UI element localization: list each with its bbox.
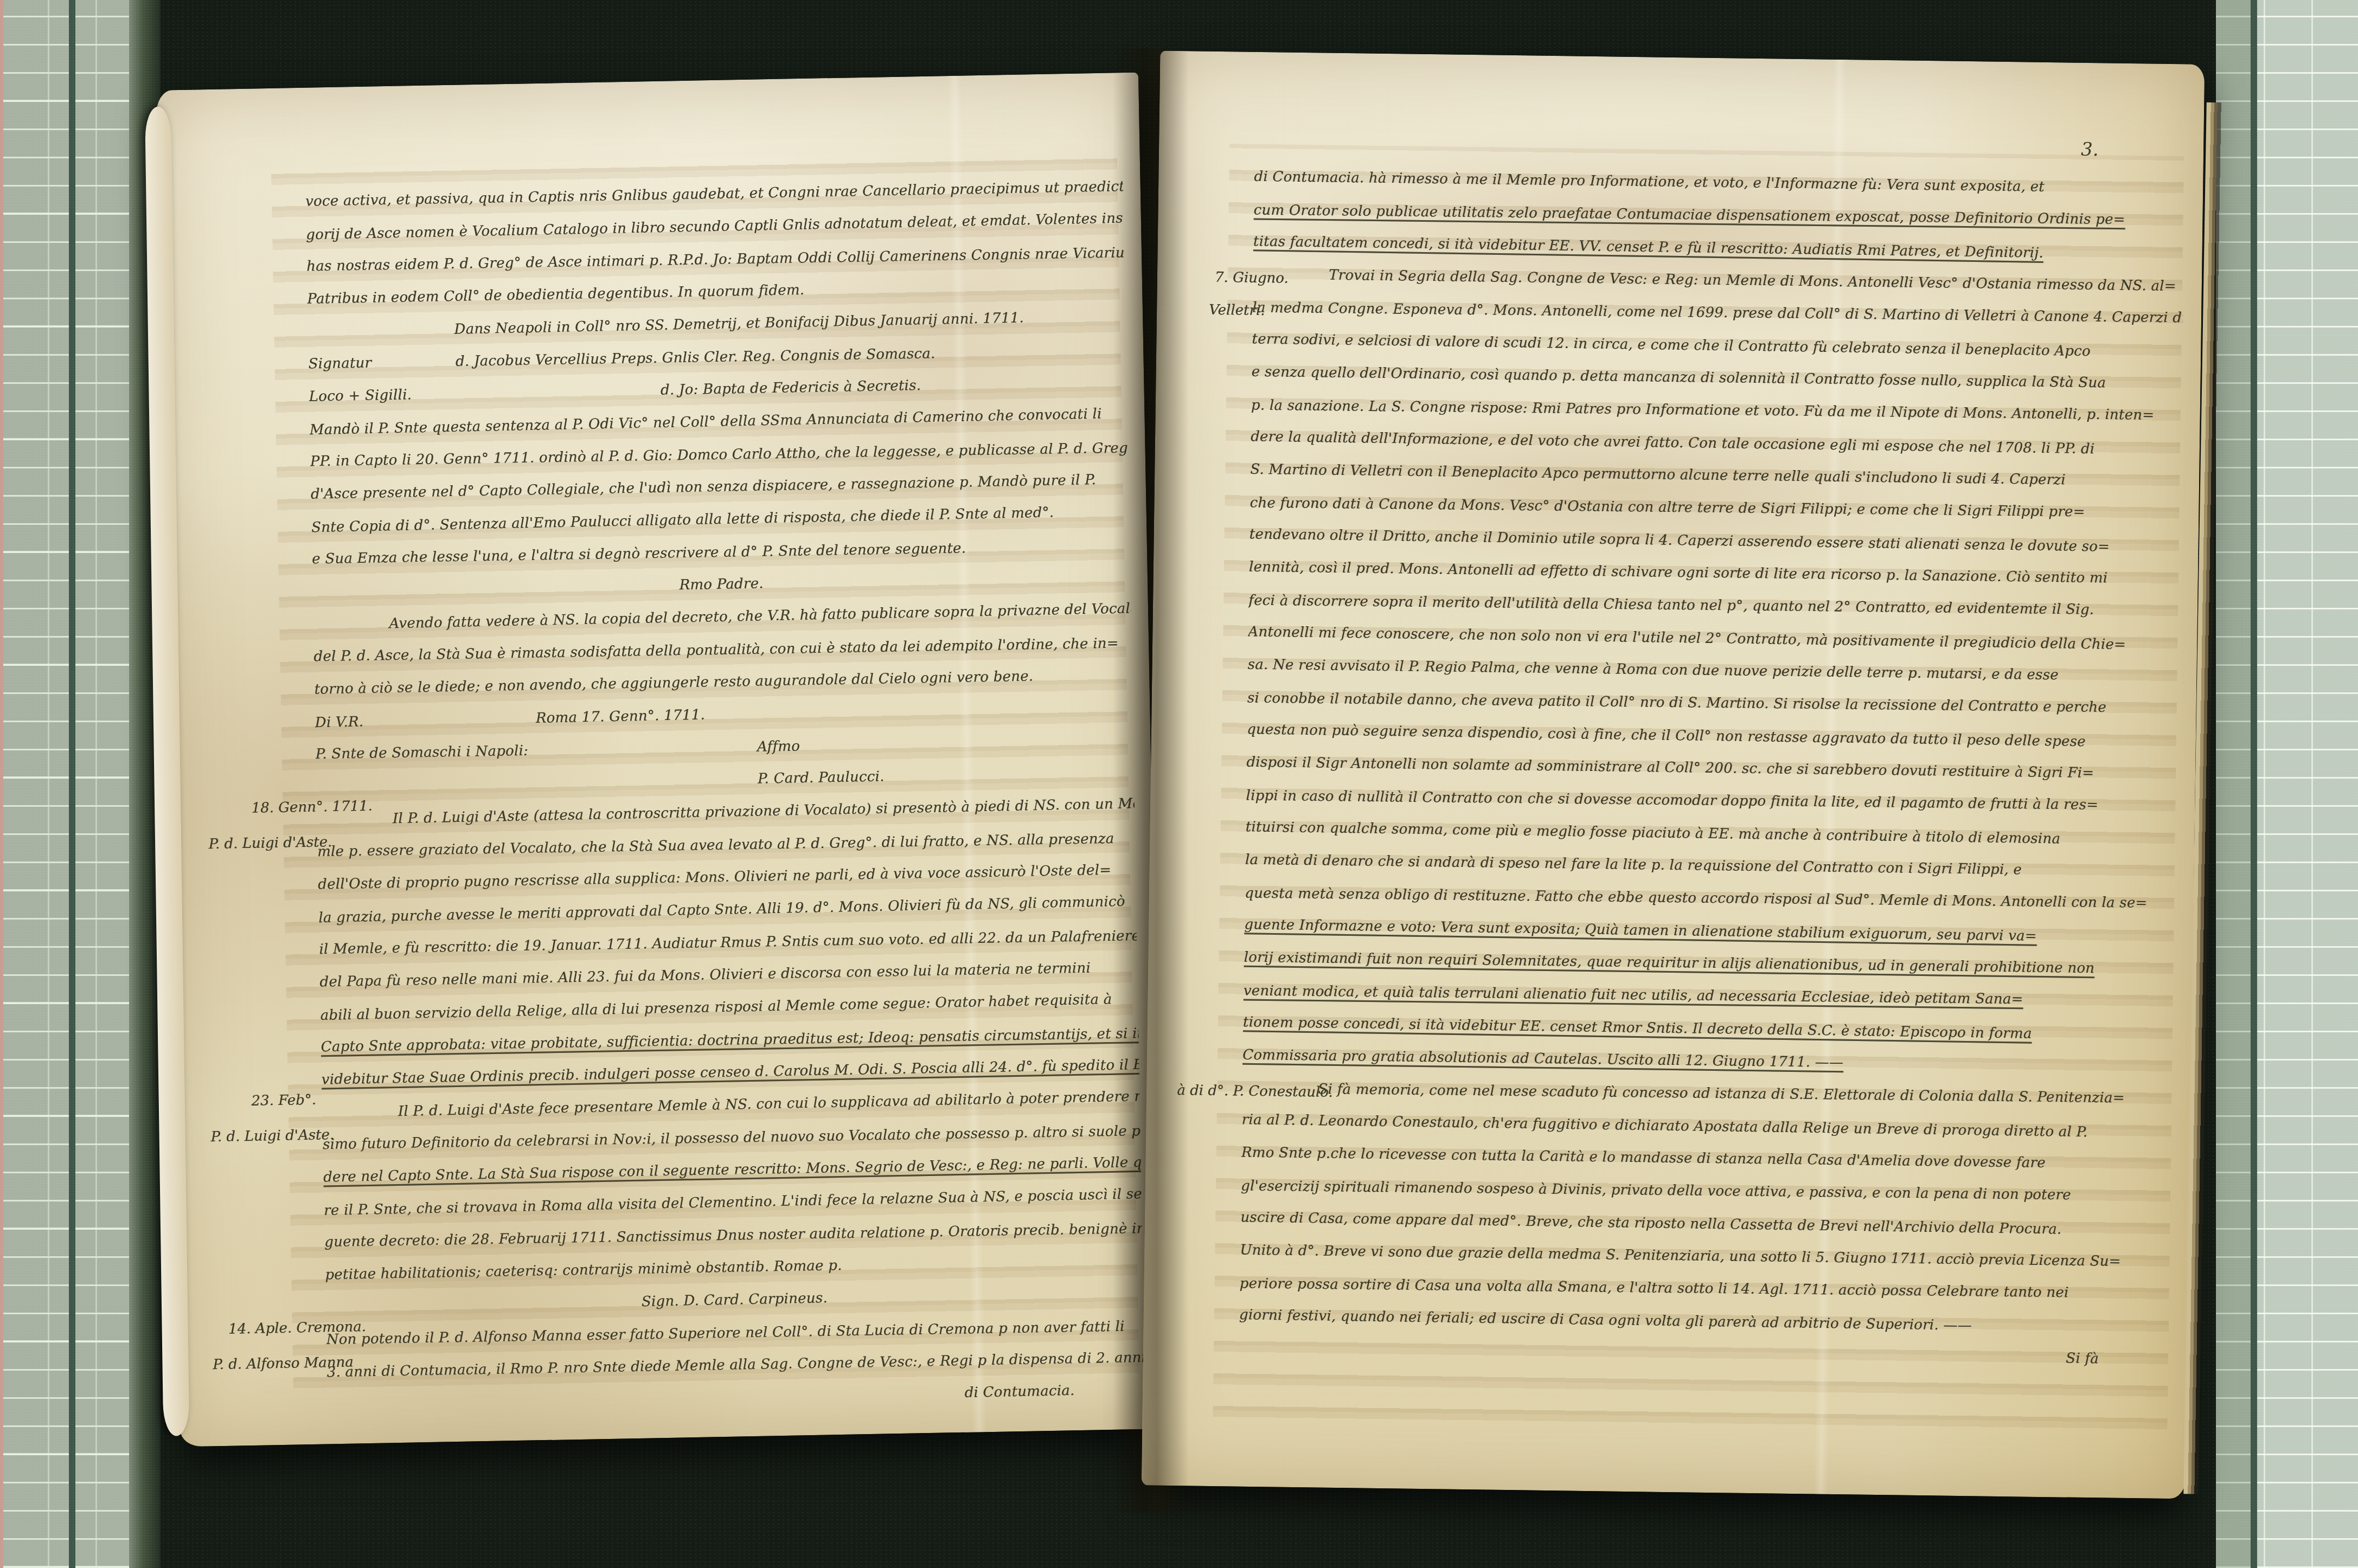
text-line-main: Rmo Snte p.che lo ricevesse con tutta la… — [1241, 1145, 2046, 1171]
text-line-main: ria al P. d. Leonardo Conestaulo, ch'era… — [1241, 1111, 2087, 1140]
text-line-main: p. la sanazione. La S. Congne rispose: R… — [1251, 397, 2155, 423]
text-line-main: tendevano oltre il Dritto, anche il Domi… — [1250, 526, 2110, 555]
margin-note-date: 23. Feb°. — [251, 1091, 316, 1110]
text-line-main: questa non può seguire senza dispendio, … — [1247, 721, 2086, 750]
text-line-main: Patribus in eodem Coll° de obedientia de… — [307, 282, 804, 307]
text-line-main: Si fà — [2066, 1351, 2099, 1367]
text-line-main: dere la qualità dell'Informazione, e del… — [1251, 428, 2095, 457]
text-line-main: Unito à d°. Breve vi sono due grazie del… — [1240, 1242, 2121, 1270]
margin-note-date: 14. Aple. Cremona. — [228, 1318, 366, 1339]
text-line-main: giorni festivi, quando nei feriali; ed u… — [1239, 1307, 1972, 1334]
text-line-main: S. Martino di Velletri con il Beneplacit… — [1250, 461, 2066, 489]
text-line-main: Rmo Padre. — [679, 575, 764, 593]
text-line-main: Dans Neapoli in Coll° nro SS. Demetrij, … — [307, 310, 1024, 340]
right-page: 3. di Contumacia. hà rimesso à me il Mem… — [1142, 51, 2205, 1499]
margin-note-name: P. d. Alfonso Manna — [213, 1353, 354, 1374]
text-line-main: di Contumacia. — [964, 1383, 1075, 1401]
margin-note-place: Velletri. — [1209, 301, 1265, 320]
text-line-main: torno à ciò se le diede; e non avendo, c… — [314, 668, 1033, 697]
text-line-secondary: P. Card. Paulucci. — [757, 760, 885, 795]
margin-note-name: à di d°. P. Conestaulo. — [1177, 1081, 1333, 1102]
text-line-main: e Sua Emza che lesse l'una, e l'altra si… — [312, 540, 966, 567]
text-line-main: questa metà senza obligo di restituzne. … — [1245, 885, 2148, 911]
text-line-main: Antonelli mi fece conoscere, che non sol… — [1248, 624, 2126, 653]
text-line-main: feci à discorrere sopra il merito dell'u… — [1248, 593, 2094, 618]
text-line-main: lorij existimandi fuit non requiri Solem… — [1244, 949, 2094, 977]
left-page: voce activa, et passiva, qua in Captis n… — [156, 73, 1163, 1447]
text-line-main: la medma Congne. Esponeva d°. Mons. Anto… — [1252, 300, 2185, 326]
text-line-secondary: d. Jo: Bapta de Federicis à Secretis. — [660, 369, 921, 407]
text-line-main: Signatur — [308, 355, 371, 372]
text-line-main: Commissaria pro gratia absolutionis ad C… — [1242, 1047, 1843, 1071]
text-line-main: periore possa sortire di Casa una volta … — [1239, 1275, 2068, 1301]
text-line-main: terra sodivi, e selciosi di valore di sc… — [1252, 331, 2091, 359]
text-line-secondary: Affmo — [757, 730, 800, 763]
manuscript-scan: voce activa, et passiva, qua in Captis n… — [0, 0, 2358, 1568]
text-line-main: titas facultatem concedi, si ità videbit… — [1253, 233, 2044, 261]
text-line-main: Sign. D. Card. Carpineus. — [642, 1290, 828, 1310]
text-line-main: sa. Ne resi avvisato il P. Regio Palma, … — [1247, 657, 2059, 684]
text-line-main: cum Orator solo publicae utilitatis zelo… — [1253, 202, 2125, 228]
text-line-main: lennità, così il pred. Mons. Antonelli a… — [1249, 559, 2108, 587]
text-line-main: Loco + Sigilli. — [309, 387, 412, 404]
text-line-main: si conobbe il notabile danno, che aveva … — [1247, 690, 2106, 716]
text-line-main: veniant modica, et quià talis terrulani … — [1244, 982, 2023, 1007]
text-line-main: Trovai in Segria della Sag. Congne de Ve… — [1253, 266, 2176, 294]
text-line-main: Di V.R. — [315, 714, 363, 731]
text-line-main: Snte Copia di d°. Sentenza all'Emo Paulu… — [311, 504, 1054, 536]
margin-note-name: P. d. Luigi d'Aste. — [208, 833, 332, 853]
text-line-main: tituirsi con qualche somma, come più e m… — [1245, 819, 2060, 847]
margin-note-date: 18. Genn°. 1711. — [251, 797, 373, 818]
text-line-main: e senza quello dell'Ordinario, così quan… — [1251, 364, 2106, 391]
text-line-main: la metà di denaro che si andarà di speso… — [1245, 852, 2022, 878]
margin-note-date: 7. Giugno. — [1215, 268, 1289, 288]
text-line-main: lippi in caso di nullità il Contratto co… — [1246, 787, 2098, 813]
right-text-column: di Contumacia. hà rimesso à me il Memle … — [1237, 160, 2185, 1485]
text-line-main: P. Snte de Somaschi i Napoli: — [315, 743, 528, 763]
text-line-main: petitae habilitationis; caeterisq: contr… — [325, 1257, 842, 1283]
page-number: 3. — [2081, 139, 2099, 160]
text-line-main: di Contumacia. hà rimesso à me il Memle … — [1254, 169, 2045, 195]
text-line-main: disposi il Sigr Antonelli non solamte ad… — [1246, 754, 2094, 781]
calibration-strip-left — [0, 0, 161, 1568]
calibration-strip-right — [2216, 0, 2358, 1568]
strip-texture — [2216, 0, 2358, 1568]
left-text-column: voce activa, et passiva, qua in Captis n… — [305, 170, 1145, 1426]
text-line-main: che furono dati à Canone da Mons. Vesc° … — [1250, 495, 2085, 520]
text-line-main: uscire di Casa, come appare dal med°. Br… — [1240, 1209, 2061, 1237]
margin-note-name: P. d. Luigi d'Aste. — [210, 1126, 334, 1146]
text-line-main: gl'esercizij spirituali rimanendo sospes… — [1241, 1178, 2071, 1203]
strip-texture — [0, 0, 161, 1568]
text-line-main: Si fà memoria, come nel mese scaduto fù … — [1242, 1080, 2125, 1106]
text-line-main: guente Informazne e voto: Vera sunt expo… — [1244, 916, 2037, 944]
text-line-main: tionem posse concedi, si ità videbitur E… — [1243, 1014, 2032, 1042]
text-line-secondary: Roma 17. Genn°. 1711. — [535, 699, 705, 735]
